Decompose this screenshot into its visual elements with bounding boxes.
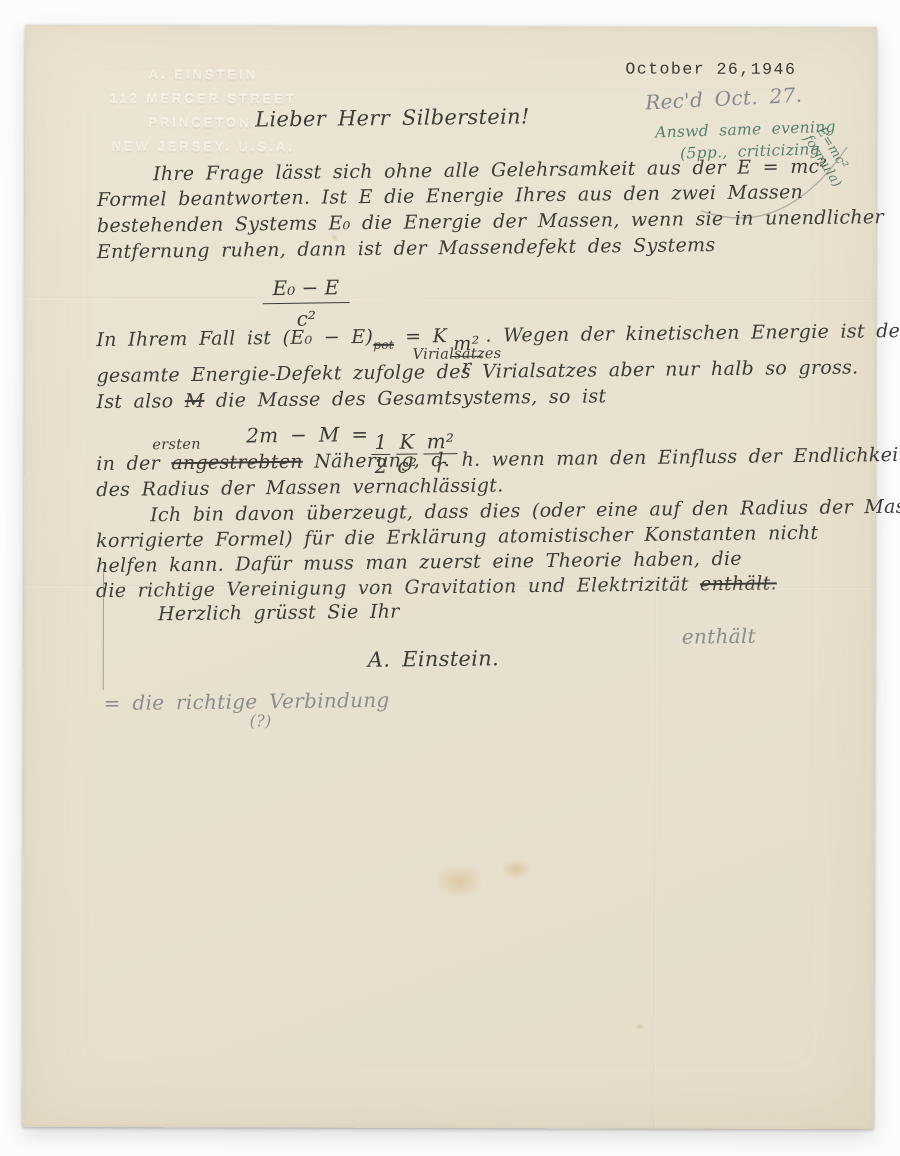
salutation: Lieber Herr Silberstein! <box>255 104 530 131</box>
overwritten-word: enthält. <box>700 572 777 595</box>
body-line: Formel beantworten. Ist E die Energie Ih… <box>97 181 803 211</box>
typed-date: October 26,1946 <box>625 59 796 78</box>
pencil-margin-line <box>103 568 104 690</box>
signature: A. Einstein. <box>368 646 500 671</box>
paper-stain <box>501 858 531 880</box>
body-line: Entfernung ruhen, dann ist der Massendef… <box>97 234 716 263</box>
body-line: die richtige Vereinigung von Gravitation… <box>96 572 777 602</box>
body-line: bestehenden Systems E₀ die Energie der M… <box>97 206 884 237</box>
struck-word: angestrebten <box>171 451 303 474</box>
letter-paper: A. EINSTEIN 112 MERCER STREET PRINCETON.… <box>23 25 877 1129</box>
body-text: die richtige Vereinigung von Gravitation… <box>96 573 700 602</box>
fold-crease-horizontal <box>25 297 876 301</box>
struck-word: M <box>185 390 205 412</box>
body-line: Ist also M die Masse des Gesamtsystems, … <box>96 385 606 413</box>
mass-defect-formula: E₀ − E c² <box>262 275 350 331</box>
body-text: die Masse des Gesamtsystems, so ist <box>204 385 606 412</box>
body-line: helfen kann. Dafür muss man zuerst eine … <box>96 548 742 577</box>
body-text: Ist also <box>96 390 185 413</box>
paper-stain <box>435 864 483 898</box>
body-text: . Wegen der kinetischen Energie ist der <box>485 320 900 347</box>
body-text: In Ihrem Fall ist (E₀ − E) <box>96 326 373 351</box>
struck-subscript: pot <box>373 338 394 352</box>
paper-stain <box>635 1022 645 1030</box>
closing: Herzlich grüsst Sie Ihr <box>158 600 400 625</box>
inserted-word-ersten: ersten <box>152 437 201 454</box>
pencil-enthalt-annotation: enthält <box>682 624 756 649</box>
pencil-bottom-note: = die richtige Verbindung <box>104 688 390 715</box>
letterhead-state: NEW JERSEY. U.S.A. <box>63 139 343 155</box>
formula-numerator: E₀ − E <box>262 275 349 304</box>
pencil-bottom-note-query: (?) <box>250 711 272 730</box>
body-text: in der <box>96 452 171 475</box>
fold-crease-vertical <box>654 527 658 1129</box>
body-line: des Radius der Massen vernachlässigt. <box>96 474 504 501</box>
body-line: in der angestrebten Näherung, d. h. wenn… <box>96 444 900 475</box>
received-annotation: Rec'd Oct. 27. <box>645 83 803 115</box>
letterhead-street: 112 MERCER STREET <box>63 91 343 107</box>
body-text: = K <box>394 325 448 348</box>
formula-lhs: 2m − M = <box>246 422 368 447</box>
letterhead-name: A. EINSTEIN <box>63 67 343 83</box>
